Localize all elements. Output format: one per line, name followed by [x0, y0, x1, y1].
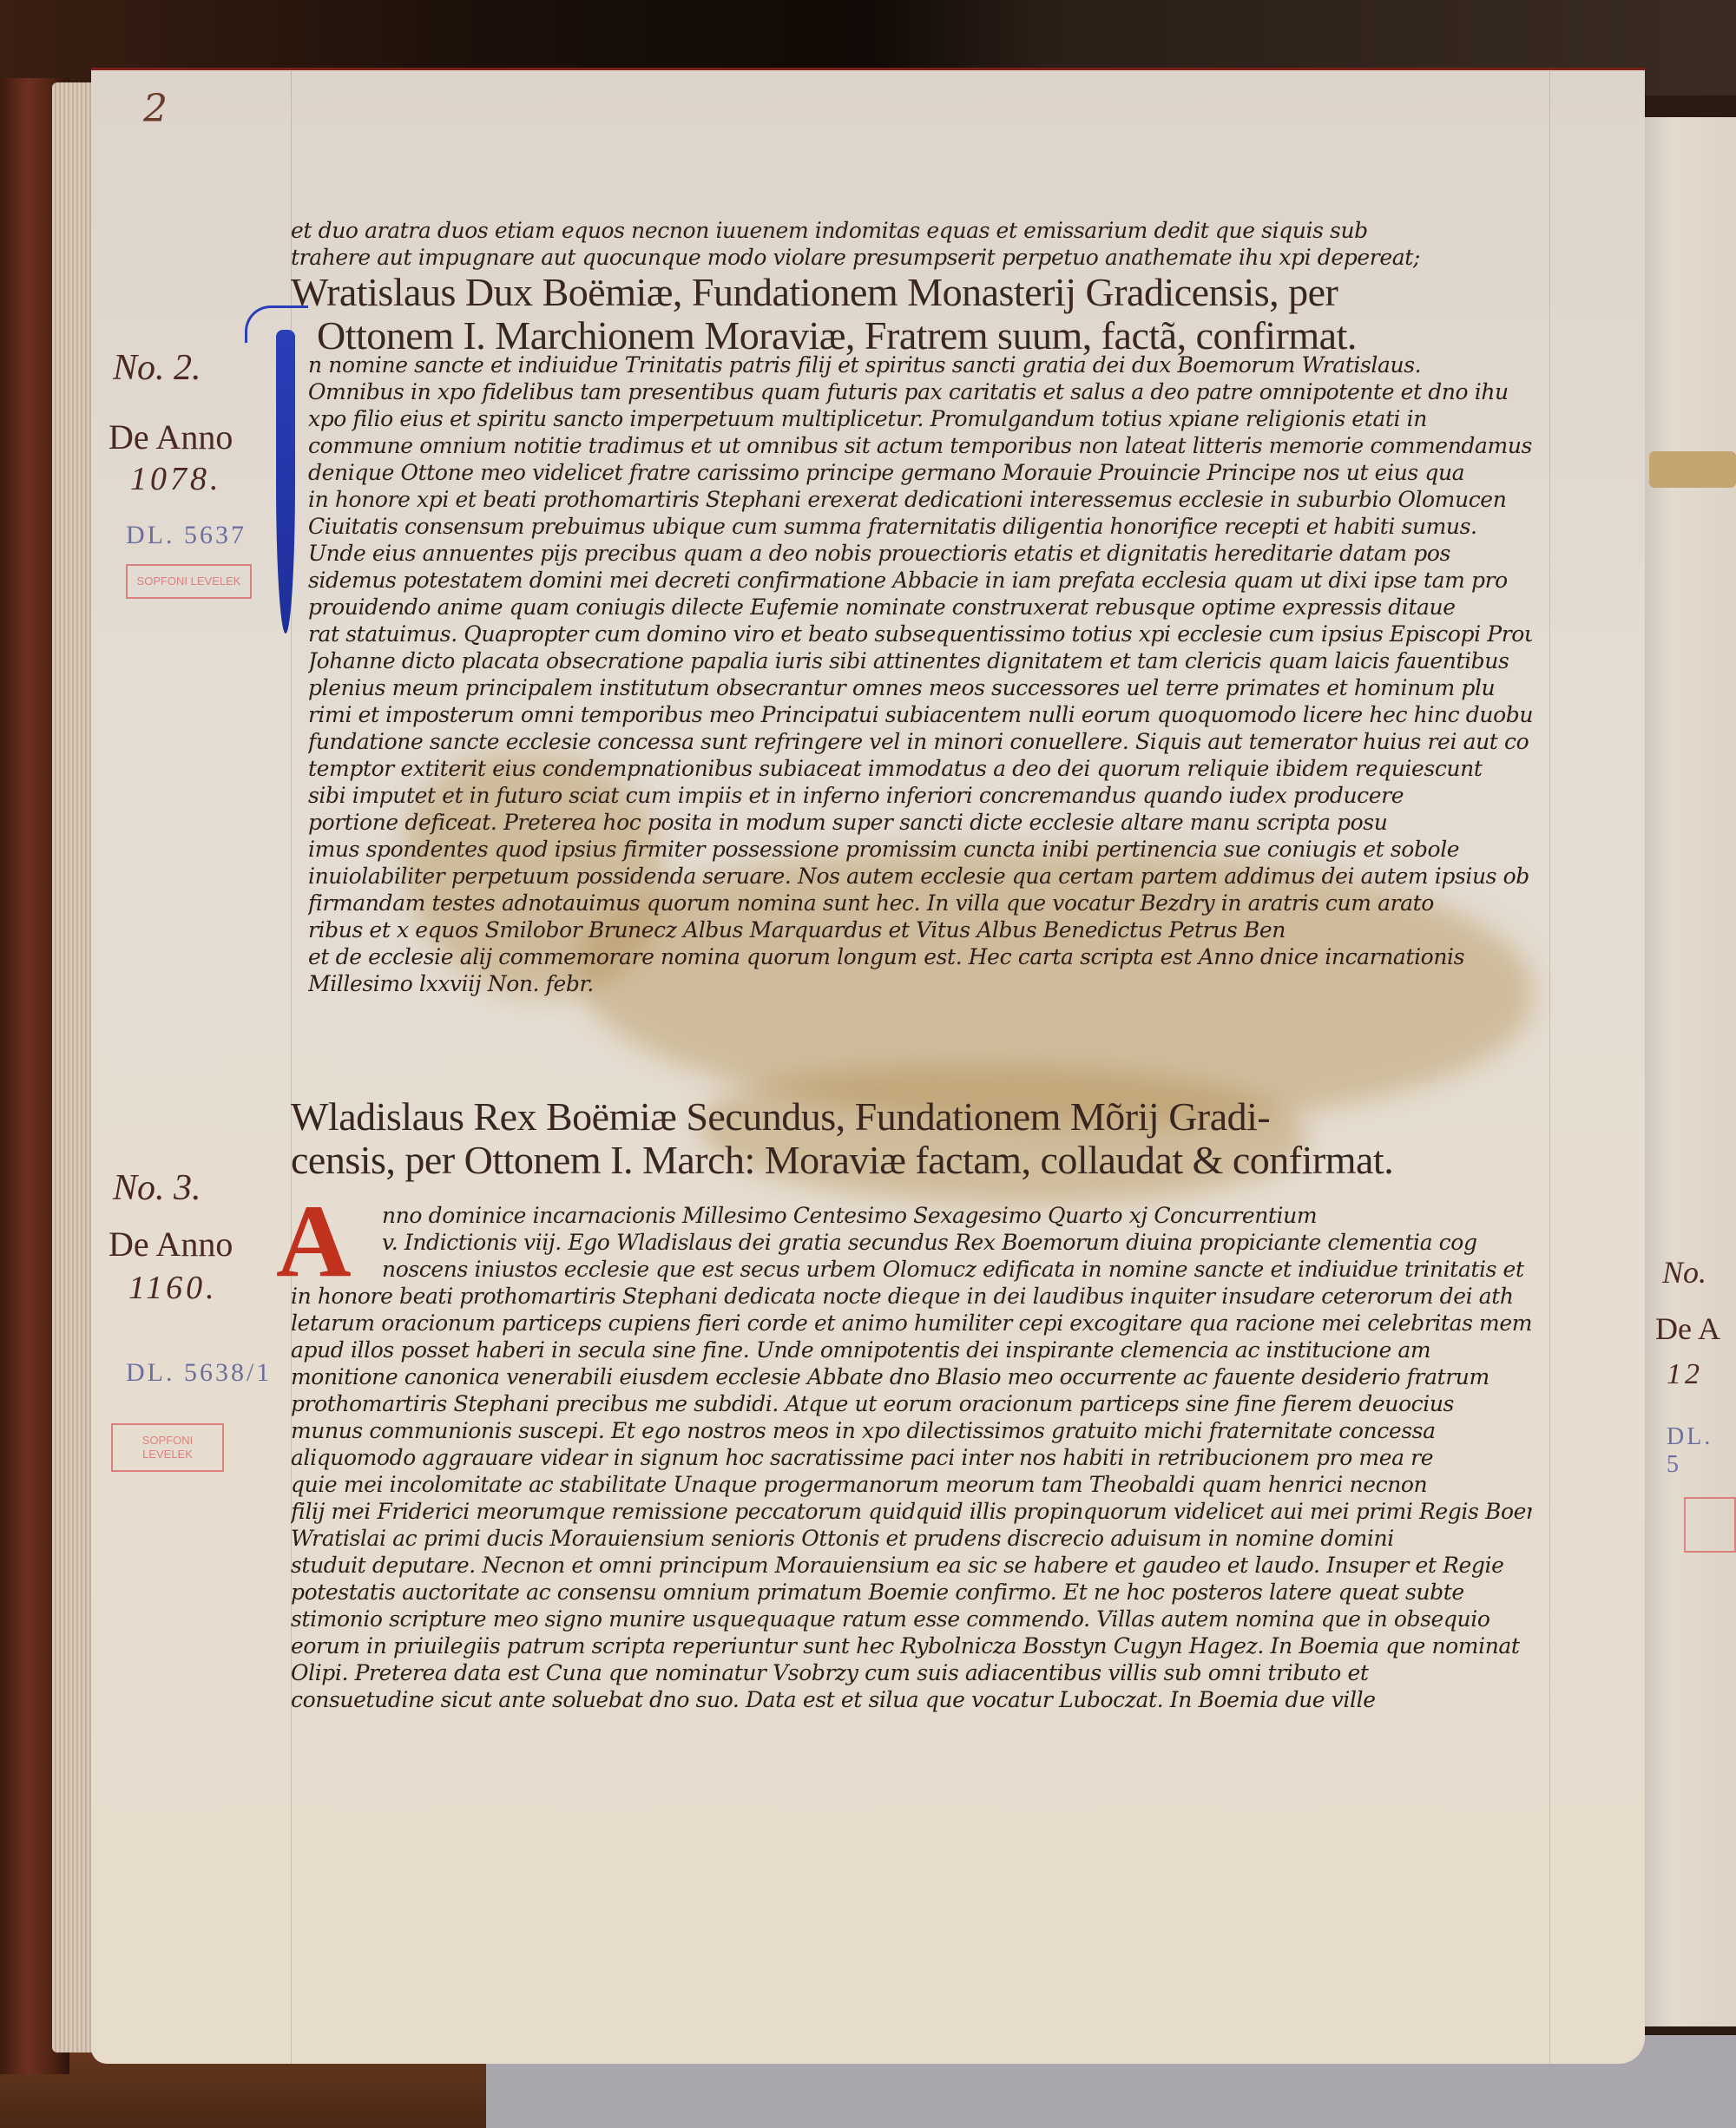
body-line: rimi et imposterum omni temporibus meo P… — [308, 701, 1532, 728]
body-line: nno dominice incarnacionis Millesimo Cen… — [291, 1202, 1532, 1229]
body-line: in honore beati prothomartiris Stephani … — [291, 1283, 1532, 1310]
margin-charter-number: No. 2. — [113, 347, 201, 389]
body-line: xpo filio eius et spiritu sancto imperpe… — [308, 405, 1532, 432]
body-line: apud illos posset haberi in secula sine … — [291, 1337, 1532, 1363]
heading-line: Wladislaus Rex Boëmiæ Secundus, Fundatio… — [291, 1095, 1532, 1139]
right-margin-year: 12 — [1667, 1358, 1703, 1391]
body-line: Unde eius annuentes pijs precibus quam a… — [308, 540, 1532, 567]
body-line: v. Indictionis viij. Ego Wladislaus dei … — [291, 1229, 1532, 1256]
body-line: ribus et x equos Smilobor Brunecz Albus … — [308, 916, 1532, 943]
body-line: sidemus potestatem domini mei decreti co… — [308, 567, 1532, 594]
body-line: aliquomodo aggrauare videar in signum ho… — [291, 1444, 1532, 1471]
charter-2-heading: Wladislaus Rex Boëmiæ Secundus, Fundatio… — [291, 1095, 1532, 1182]
body-line: quie mei incolomitate ac stabilitate Una… — [291, 1471, 1532, 1498]
margin-de-anno: De Anno — [108, 417, 233, 457]
body-line: Omnibus in xpo fidelibus tam presentibus… — [308, 378, 1532, 405]
archive-stamp: SOPFONI LEVELEK — [126, 564, 252, 599]
preceding-charter-ending: et duo aratra duos etiam equos necnon iu… — [291, 217, 1532, 271]
body-line: studuit deputare. Necnon et omni princip… — [291, 1552, 1532, 1579]
archive-stamp: SOPFONI LEVELEK — [111, 1423, 224, 1472]
margin-year: 1078. — [130, 460, 222, 498]
body-line: n nomine sancte et indiuidue Trinitatis … — [308, 351, 1532, 378]
ruling-line — [1549, 68, 1550, 2064]
body-line: potestatis auctoritate ac consensu omniu… — [291, 1579, 1532, 1606]
body-line: munus communionis suscepi. Et ego nostro… — [291, 1417, 1532, 1444]
body-line: portione deficeat. Preterea hoc posita i… — [308, 809, 1532, 836]
facing-page-edge: No. De A 12 DL. 5 — [1645, 117, 1736, 2026]
body-line: Millesimo lxxviij Non. febr. — [308, 970, 1532, 997]
body-line: filij mei Friderici meorumque remissione… — [291, 1498, 1532, 1525]
body-line: monitione canonica venerabili eiusdem ec… — [291, 1363, 1532, 1390]
body-line: Olipi. Preterea data est Cuna que nomina… — [291, 1659, 1532, 1686]
decorated-initial-i — [276, 330, 295, 634]
body-line: sibi imputet et in futuro sciat cum impi… — [308, 782, 1532, 809]
body-line: prouidendo anime quam coniugis dilecte E… — [308, 594, 1532, 621]
body-line: Wratislai ac primi ducis Morauiensium se… — [291, 1525, 1532, 1552]
body-line: et de ecclesie alij commemorare nomina q… — [308, 943, 1532, 970]
right-margin-de-anno: De A — [1655, 1310, 1720, 1347]
body-line: in honore xpi et beati prothomartiris St… — [308, 486, 1532, 513]
heading-line: Wratislaus Dux Boëmiæ, Fundationem Monas… — [291, 271, 1532, 314]
margin-de-anno: De Anno — [108, 1224, 233, 1264]
right-margin-number: No. — [1662, 1254, 1706, 1291]
water-stain — [1649, 451, 1736, 488]
body-line: stimonio scripture meo signo munire usqu… — [291, 1606, 1532, 1632]
folio-number: 2 — [143, 87, 168, 131]
body-line: commune omnium notitie tradimus et ut om… — [308, 432, 1532, 459]
body-line: eorum in priuilegiis patrum scripta repe… — [291, 1632, 1532, 1659]
charter-1-heading: Wratislaus Dux Boëmiæ, Fundationem Monas… — [291, 271, 1532, 358]
body-line: inuiolabiliter perpetuum possidenda seru… — [308, 863, 1532, 890]
margin-year: 1160. — [128, 1269, 218, 1307]
body-line: Johanne dicto placata obsecratione papal… — [308, 647, 1532, 674]
charter-1-body: n nomine sancte et indiuidue Trinitatis … — [308, 351, 1532, 997]
right-margin-shelfmark: DL. 5 — [1667, 1423, 1736, 1479]
margin-shelfmark: DL. 5638/1 — [126, 1358, 272, 1388]
body-line: Ciuitatis consensum prebuimus ubique cum… — [308, 513, 1532, 540]
body-line: denique Ottone meo videlicet fratre cari… — [308, 459, 1532, 486]
margin-shelfmark: DL. 5637 — [126, 521, 247, 550]
right-archive-stamp — [1684, 1497, 1736, 1553]
body-line: noscens iniustos ecclesie que est secus … — [291, 1256, 1532, 1283]
body-line: plenius meum principalem institutum obse… — [308, 674, 1532, 701]
body-line: firmandam testes adnotauimus quorum nomi… — [308, 890, 1532, 916]
charter-2-body: nno dominice incarnacionis Millesimo Cen… — [291, 1202, 1532, 1713]
body-line: et duo aratra duos etiam equos necnon iu… — [291, 217, 1532, 244]
body-line: letarum oracionum particeps cupiens fier… — [291, 1310, 1532, 1337]
body-line: consuetudine sicut ante soluebat dno suo… — [291, 1686, 1532, 1713]
body-line: temptor extiterit eius condempnationibus… — [308, 755, 1532, 782]
margin-charter-number: No. 3. — [113, 1167, 201, 1209]
heading-line: censis, per Ottonem I. March: Moraviæ fa… — [291, 1139, 1532, 1182]
body-line: rat statuimus. Quapropter cum domino vir… — [308, 621, 1532, 647]
body-line: fundatione sancte ecclesie concessa sunt… — [308, 728, 1532, 755]
body-line: prothomartiris Stephani precibus me subd… — [291, 1390, 1532, 1417]
body-line: imus spondentes quod ipsius firmiter pos… — [308, 836, 1532, 863]
body-line: trahere aut impugnare aut quocunque modo… — [291, 244, 1532, 271]
